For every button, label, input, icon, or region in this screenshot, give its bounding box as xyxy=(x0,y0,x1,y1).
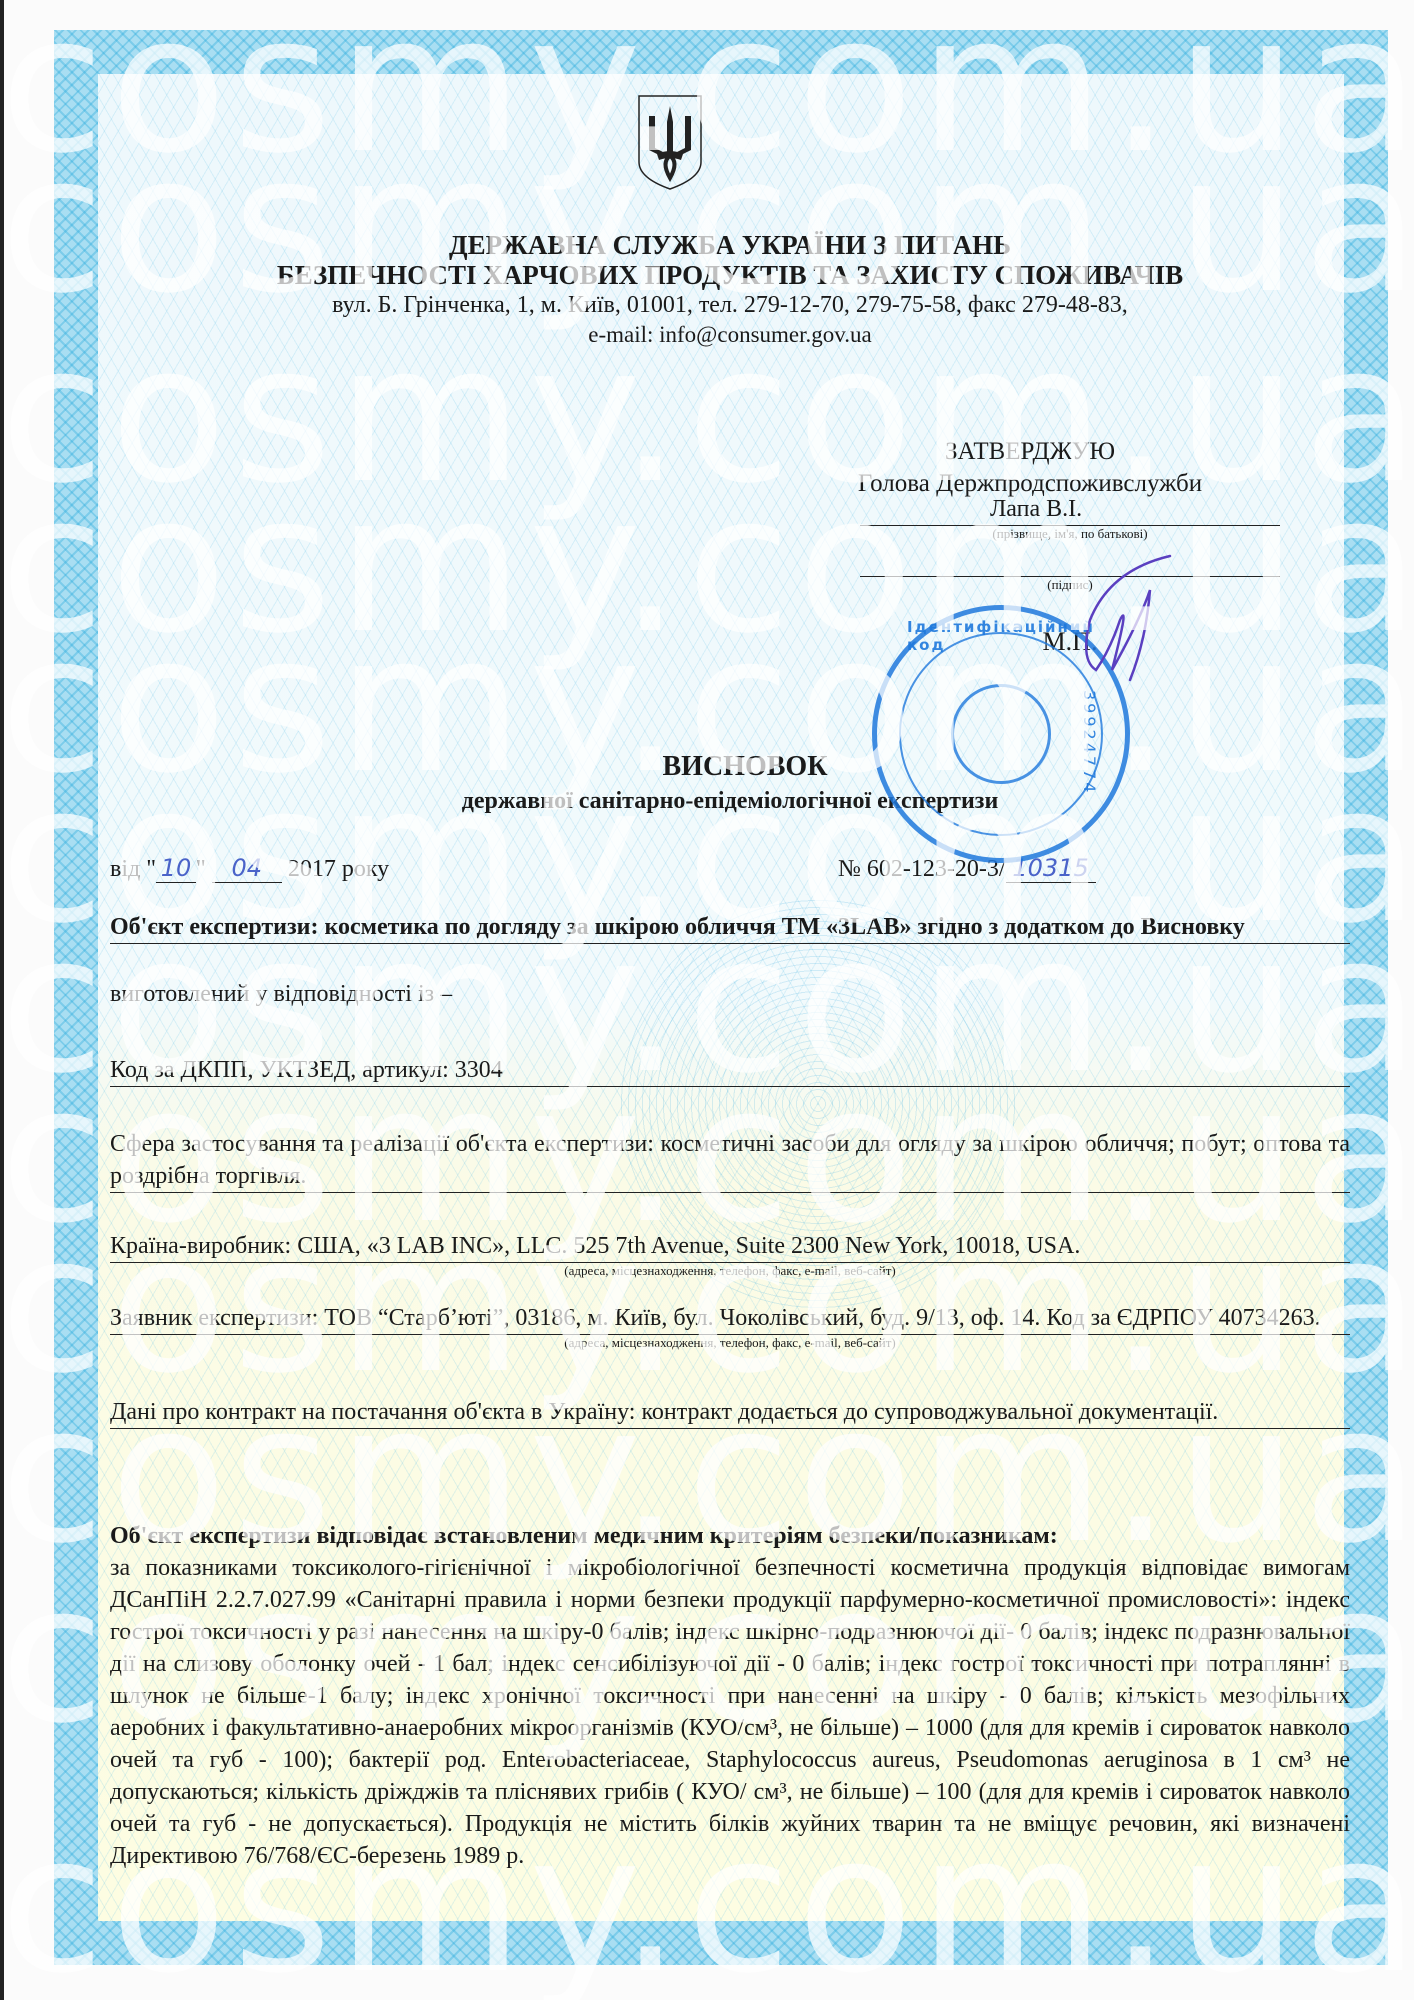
section-scope: Сфера застосування та реалізації об'єкта… xyxy=(110,1128,1350,1193)
manufactured-text: виготовлений у відповідності із – xyxy=(110,978,1350,1010)
section-object: Об'єкт експертизи: косметика по догляду … xyxy=(110,911,1350,944)
date-year: 2017 року xyxy=(282,856,389,882)
section-applicant: Заявник експертизи: ТОВ “Старб’юті”, 031… xyxy=(110,1302,1350,1351)
page-edge xyxy=(0,0,4,2000)
section-country: Країна-виробник: США, «3 LAB INC», LLC. … xyxy=(110,1230,1350,1279)
section-contract: Дані про контракт на постачання об'єкта … xyxy=(110,1396,1350,1429)
date-number-line: від "10" 04 2017 року № 602-123-20-3/103… xyxy=(110,854,1350,883)
title-main: ВИСНОВОК xyxy=(110,750,1350,784)
date-month: 04 xyxy=(212,854,282,883)
org-name-line2: БЕЗПЕЧНОСТІ ХАРЧОВИХ ПРОДУКТІВ ТА ЗАХИСТ… xyxy=(110,260,1350,290)
country-text: Країна-виробник: США, «3 LAB INC», LLC. … xyxy=(110,1230,1350,1263)
section-code: Код за ДКПП, УКТЗЕД, артикул: 3304 xyxy=(110,1054,1350,1087)
date-day: 10 xyxy=(156,854,196,883)
issuing-authority: ДЕРЖАВНА СЛУЖБА УКРАЇНИ З ПИТАНЬ БЕЗПЕЧН… xyxy=(110,230,1350,350)
approver-name: Лапа В.І. xyxy=(990,496,1082,523)
date-prefix: від " xyxy=(110,856,156,882)
contract-text: Дані про контракт на постачання об'єкта … xyxy=(110,1396,1350,1429)
compliance-heading: Об'єкт експертизи відповідає встановлени… xyxy=(110,1520,1350,1552)
name-line: Лапа В.І. xyxy=(860,508,1280,526)
org-address: вул. Б. Грінченка, 1, м. Київ, 01001, те… xyxy=(110,290,1350,320)
section-compliance: Об'єкт експертизи відповідає встановлени… xyxy=(110,1520,1350,1872)
country-hint: (адреса, місцезнаходження, телефон, факс… xyxy=(110,1263,1350,1279)
name-hint: (прізвище, ім'я, по батькові) xyxy=(860,526,1280,542)
title-sub: державної санітарно-епідеміологічної екс… xyxy=(110,784,1350,818)
org-email: e-mail: info@consumer.gov.ua xyxy=(110,320,1350,350)
approve-label: ЗАТВЕРДЖУЮ xyxy=(750,436,1270,468)
code-text: Код за ДКПП, УКТЗЕД, артикул: 3304 xyxy=(110,1054,1350,1087)
org-name-line1: ДЕРЖАВНА СЛУЖБА УКРАЇНИ З ПИТАНЬ xyxy=(110,230,1350,260)
date-mid: " xyxy=(196,856,212,882)
stamp-code: 39924774 xyxy=(1080,690,1099,795)
section-manufactured: виготовлений у відповідності із – xyxy=(110,978,1350,1010)
handwritten-signature-icon xyxy=(1050,550,1180,700)
compliance-body: за показниками токсиколого-гігієнічної і… xyxy=(110,1552,1350,1872)
document-title: ВИСНОВОК державної санітарно-епідеміолог… xyxy=(110,750,1350,818)
coat-of-arms-trident-icon xyxy=(635,92,705,192)
applicant-text: Заявник експертизи: ТОВ “Старб’юті”, 031… xyxy=(110,1302,1350,1335)
applicant-hint: (адреса, місцезнаходження, телефон, факс… xyxy=(110,1335,1350,1351)
scope-text: Сфера застосування та реалізації об'єкта… xyxy=(110,1128,1350,1193)
object-text: Об'єкт експертизи: косметика по догляду … xyxy=(110,911,1350,944)
